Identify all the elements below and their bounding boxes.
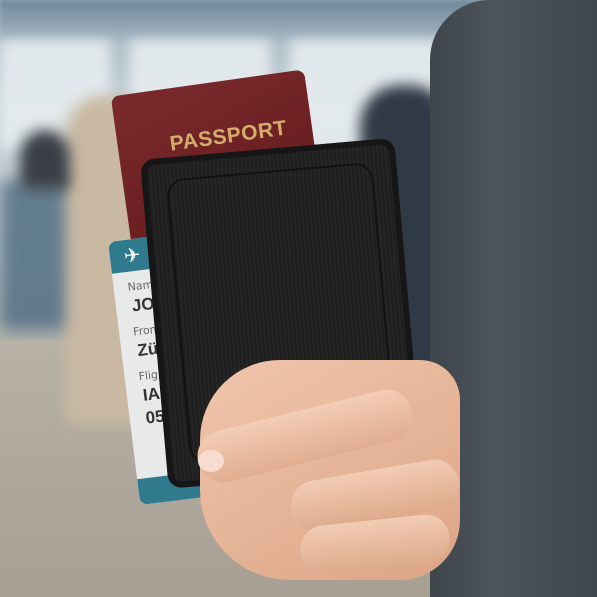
airplane-icon: ✈ xyxy=(122,242,142,268)
thumbnail xyxy=(198,450,224,472)
background-person xyxy=(20,130,70,190)
